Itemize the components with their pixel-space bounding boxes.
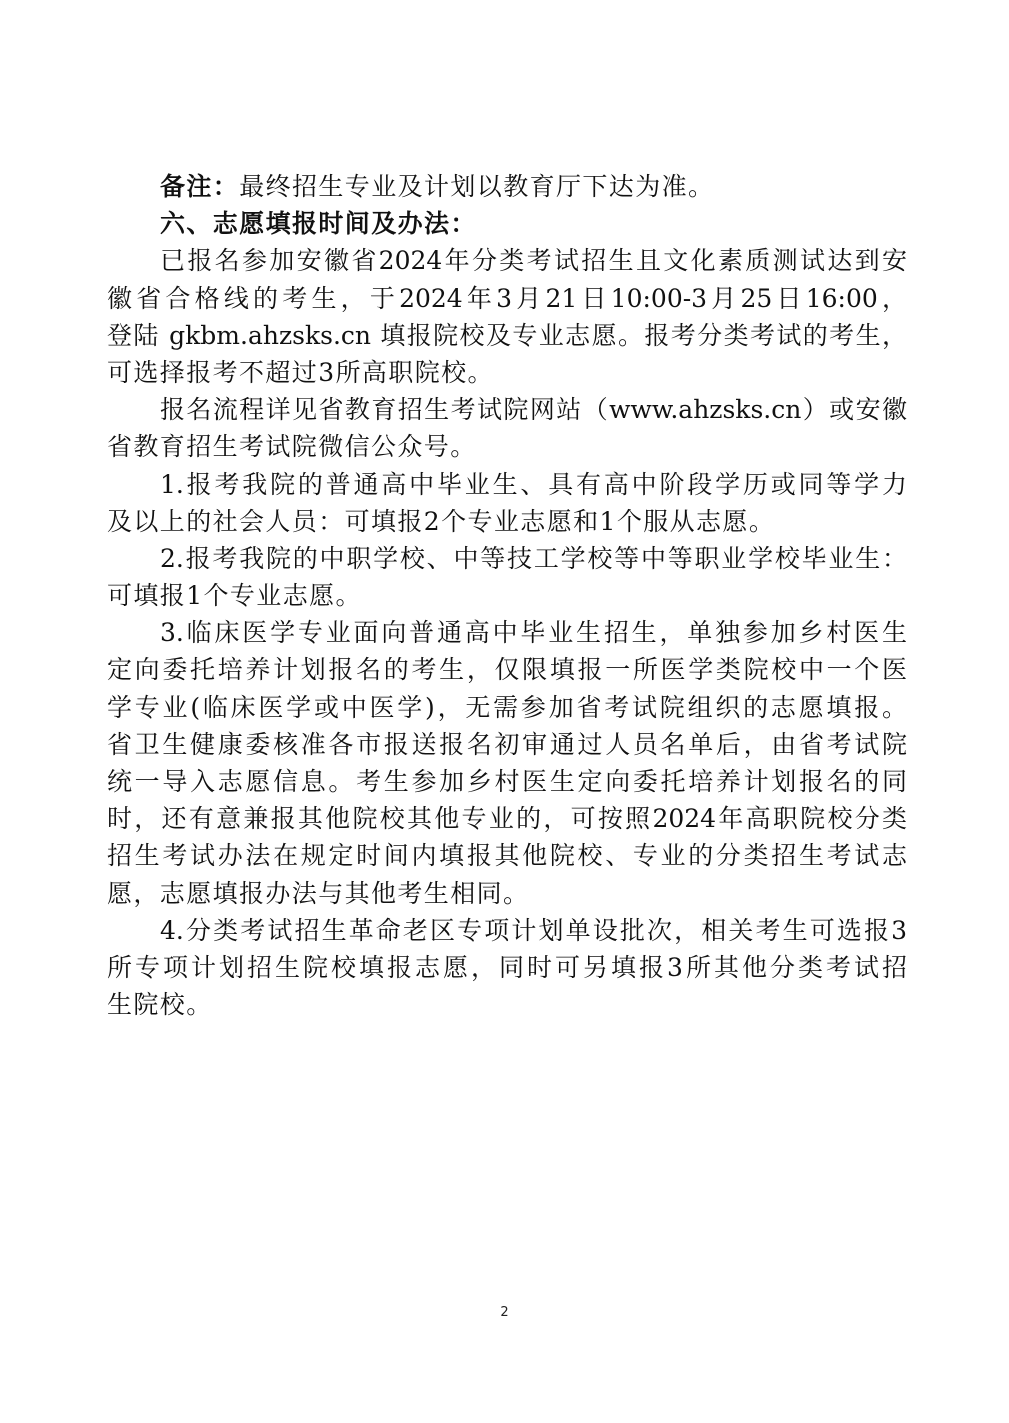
paragraph-line: 学专业(临床医学或中医学)，无需参加省考试院组织的志愿填报。 xyxy=(107,689,907,726)
section-heading: 六、志愿填报时间及办法： xyxy=(107,205,907,242)
paragraph-line: 招生考试办法在规定时间内填报其他院校、专业的分类招生考试志 xyxy=(107,837,907,874)
paragraph-line: 统一导入志愿信息。考生参加乡村医生定向委托培养计划报名的同 xyxy=(107,763,907,800)
paragraph-line: 可选择报考不超过3所高职院校。 xyxy=(107,354,907,391)
note-label: 备注： xyxy=(160,172,239,201)
paragraph-line: 可填报1个专业志愿。 xyxy=(107,577,907,614)
paragraph-item-2: 2.报考我院的中职学校、中等技工学校等中等职业学校毕业生： 可填报1个专业志愿。 xyxy=(107,540,907,614)
paragraph-item-1: 1.报考我院的普通高中毕业生、具有高中阶段学历或同等学力 及以上的社会人员：可填… xyxy=(107,466,907,540)
paragraph-line: 省教育招生考试院微信公众号。 xyxy=(107,428,907,465)
paragraph-item-3: 3.临床医学专业面向普通高中毕业生招生，单独参加乡村医生 定向委托培养计划报名的… xyxy=(107,614,907,912)
paragraph-line: 所专项计划招生院校填报志愿，同时可另填报3所其他分类考试招 xyxy=(107,949,907,986)
paragraph-line: 徽省合格线的考生，于2024年3月21日10:00-3月25日16:00， xyxy=(107,280,907,317)
paragraph-process-info: 报名流程详见省教育招生考试院网站（www.ahzsks.cn）或安徽 省教育招生… xyxy=(107,391,907,465)
paragraph-line: 3.临床医学专业面向普通高中毕业生招生，单独参加乡村医生 xyxy=(107,614,907,651)
paragraph-line: 登陆 gkbm.ahzsks.cn 填报院校及专业志愿。报考分类考试的考生， xyxy=(107,317,907,354)
paragraph-line: 定向委托培养计划报名的考生，仅限填报一所医学类院校中一个医 xyxy=(107,651,907,688)
paragraph-line: 报名流程详见省教育招生考试院网站（www.ahzsks.cn）或安徽 xyxy=(107,391,907,428)
paragraph-line: 生院校。 xyxy=(107,986,907,1023)
paragraph-line: 省卫生健康委核准各市报送报名初审通过人员名单后，由省考试院 xyxy=(107,726,907,763)
note-text: 最终招生专业及计划以教育厅下达为准。 xyxy=(239,172,714,201)
paragraph-line: 已报名参加安徽省2024年分类考试招生且文化素质测试达到安 xyxy=(107,242,907,279)
paragraph-registration-time: 已报名参加安徽省2024年分类考试招生且文化素质测试达到安 徽省合格线的考生，于… xyxy=(107,242,907,391)
paragraph-line: 1.报考我院的普通高中毕业生、具有高中阶段学历或同等学力 xyxy=(107,466,907,503)
page-number: 2 xyxy=(0,1305,1009,1320)
paragraph-line: 4.分类考试招生革命老区专项计划单设批次，相关考生可选报3 xyxy=(107,912,907,949)
paragraph-line: 及以上的社会人员：可填报2个专业志愿和1个服从志愿。 xyxy=(107,503,907,540)
paragraph-line: 时，还有意兼报其他院校其他专业的，可按照2024年高职院校分类 xyxy=(107,800,907,837)
paragraph-line: 2.报考我院的中职学校、中等技工学校等中等职业学校毕业生： xyxy=(107,540,907,577)
document-page: 备注：最终招生专业及计划以教育厅下达为准。 六、志愿填报时间及办法： 已报名参加… xyxy=(107,168,907,1023)
paragraph-line: 愿，志愿填报办法与其他考生相同。 xyxy=(107,875,907,912)
paragraph-item-4: 4.分类考试招生革命老区专项计划单设批次，相关考生可选报3 所专项计划招生院校填… xyxy=(107,912,907,1024)
note-line: 备注：最终招生专业及计划以教育厅下达为准。 xyxy=(107,168,907,205)
